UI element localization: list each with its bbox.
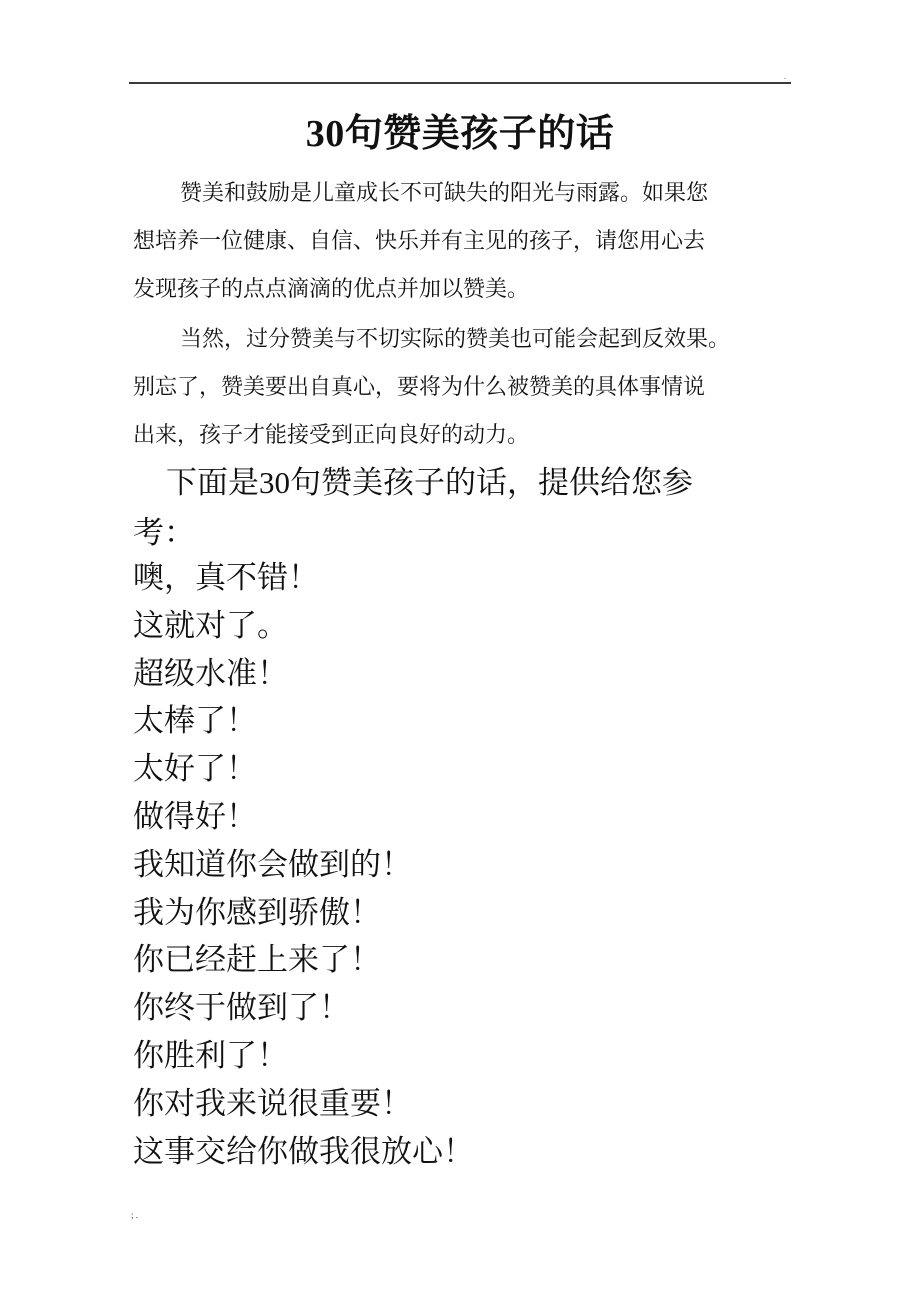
paragraph-line: 发现孩子的点点滴滴的优点并加以赞美。 (133, 265, 793, 313)
header-rule (129, 82, 791, 84)
praise-item: 你已经赶上来了！ (133, 936, 474, 984)
praise-item: 这事交给你做我很放心！ (133, 1128, 474, 1176)
praise-list: 噢，真不错！ 这就对了。 超级水准！ 太棒了！ 太好了！ 做得好！ 我知道你会做… (133, 554, 474, 1175)
paragraph-1: 赞美和鼓励是儿童成长不可缺失的阳光与雨露。如果您 想培养一位健康、自信、快乐并有… (133, 169, 793, 313)
praise-item: 噢，真不错！ (133, 554, 474, 602)
paragraph-2: 当然，过分赞美与不切实际的赞美也可能会起到反效果。 别忘了，赞美要出自真心，要将… (133, 315, 793, 459)
praise-item: 超级水准！ (133, 650, 474, 698)
intro-line: 下面是30句赞美孩子的话，提供给您参 (133, 458, 793, 508)
paragraph-line: 别忘了，赞美要出自真心，要将为什么被赞美的具体事情说 (133, 363, 793, 411)
praise-item: 你胜利了！ (133, 1032, 474, 1080)
praise-item: 太好了！ (133, 745, 474, 793)
footer-mark: ; . (131, 1210, 138, 1220)
paragraph-line: 赞美和鼓励是儿童成长不可缺失的阳光与雨露。如果您 (133, 169, 793, 217)
paragraph-line: 当然，过分赞美与不切实际的赞美也可能会起到反效果。 (133, 315, 793, 363)
praise-item: 太棒了！ (133, 697, 474, 745)
intro-line: 考： (133, 508, 793, 558)
praise-item: 你终于做到了！ (133, 984, 474, 1032)
praise-item: 我知道你会做到的！ (133, 841, 474, 889)
header-mark: . (784, 72, 786, 81)
document-page: . 30句赞美孩子的话 赞美和鼓励是儿童成长不可缺失的阳光与雨露。如果您 想培养… (0, 0, 920, 1302)
paragraph-line: 想培养一位健康、自信、快乐并有主见的孩子，请您用心去 (133, 217, 793, 265)
document-title: 30句赞美孩子的话 (0, 108, 920, 160)
praise-item: 你对我来说很重要！ (133, 1080, 474, 1128)
praise-item: 这就对了。 (133, 602, 474, 650)
praise-item: 做得好！ (133, 793, 474, 841)
paragraph-line: 出来，孩子才能接受到正向良好的动力。 (133, 411, 793, 459)
list-intro: 下面是30句赞美孩子的话，提供给您参 考： (133, 458, 793, 558)
praise-item: 我为你感到骄傲！ (133, 889, 474, 937)
